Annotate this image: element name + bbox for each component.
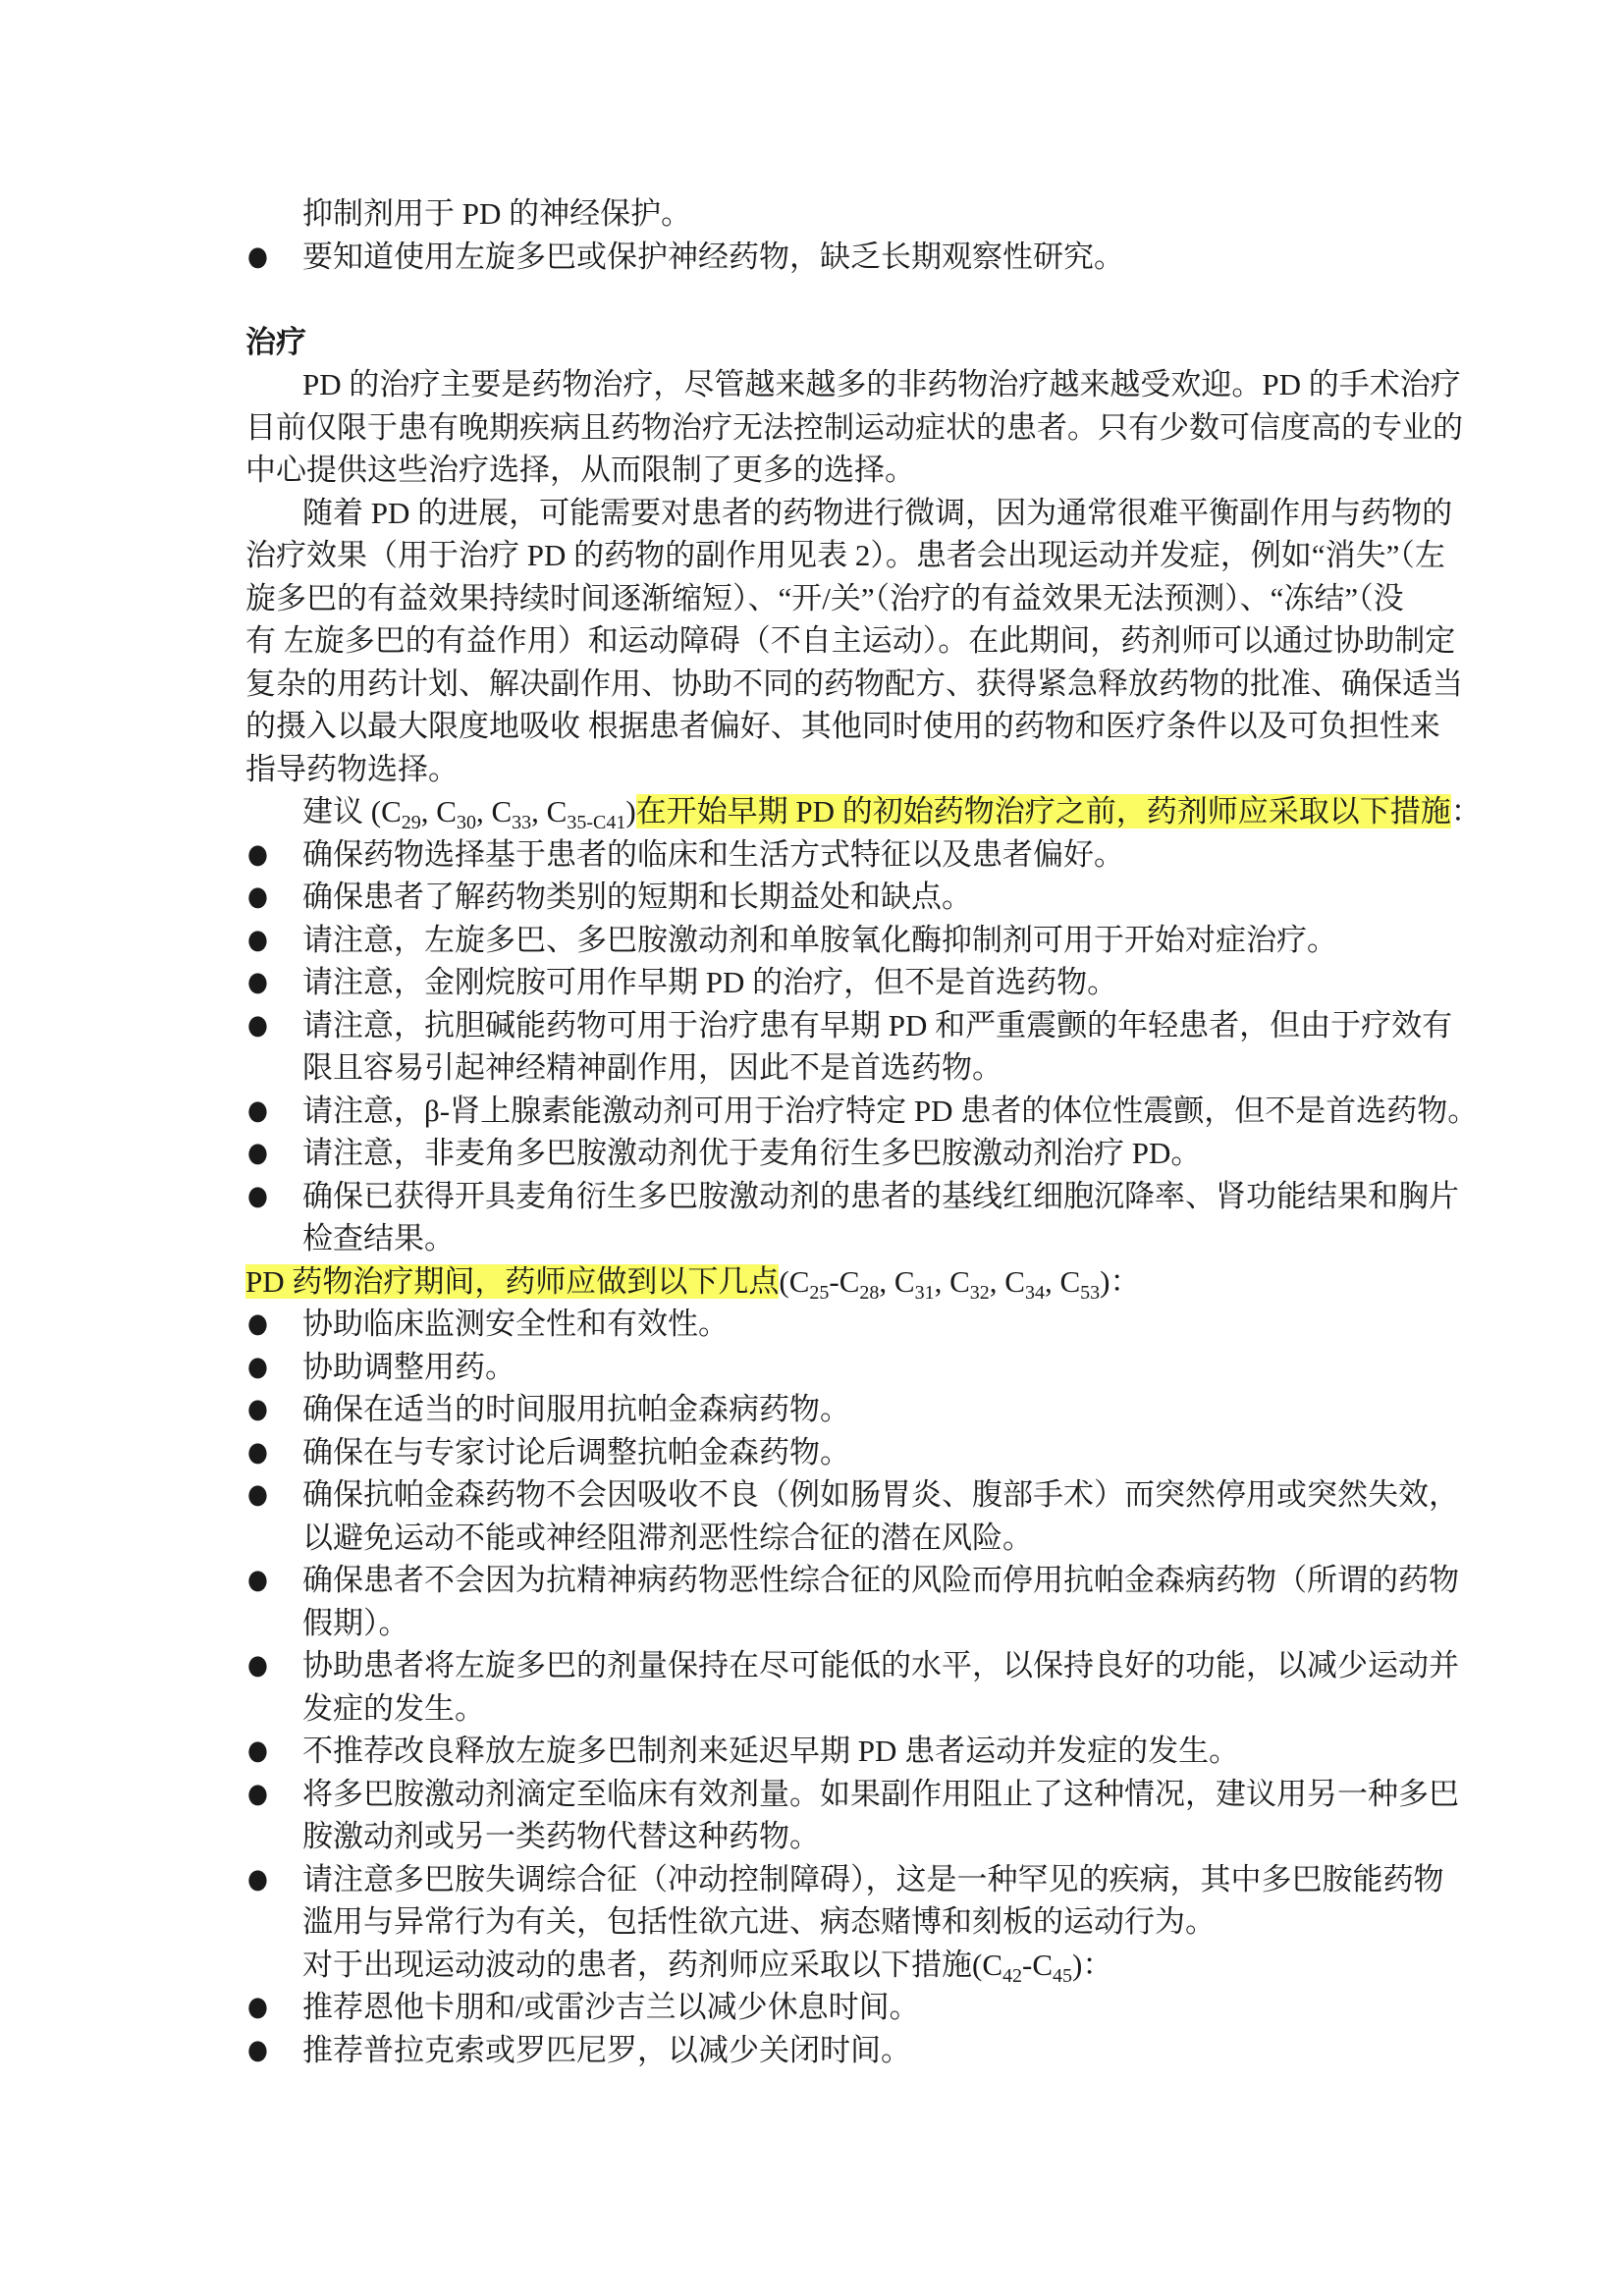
text-segment: 确保患者不会因为抗精神病药物恶性综合征的风险而停用抗帕金森病药物（所谓的药物 [302,1563,1459,1597]
bullet-continuation-line: 假期）。 [245,1602,1512,1645]
text-line: 复杂的用药计划、解决副作用、协助不同的药物配方、获得紧急释放药物的批准、确保适当 [245,663,1512,706]
bullet-icon: ● [247,873,268,922]
bullet-icon: ● [247,1641,268,1690]
text-segment: , C [935,1264,970,1299]
text-segment: 请注意多巴胺失调综合征（冲动控制障碍），这是一种罕见的疾病，其中多巴胺能药物 [302,1862,1444,1896]
bullet-continuation-line: 胺激动剂或另一类药物代替这种药物。 [245,1815,1512,1858]
bullet-continuation-line: 发症的发生。 [245,1687,1512,1731]
bullet-icon: ● [247,1129,268,1178]
paragraph-first-line: 建议 (C29, C30, C33, C35-C41)在开始早期 PD 的初始药… [245,790,1512,833]
bullet-item: ●协助临床监测安全性和有效性。 [245,1303,1512,1346]
subscript-reference: 28 [859,1282,879,1304]
text-line: 旋多巴的有益效果持续时间逐渐缩短）、“开/关”（治疗的有益效果无法预测）、“冻结… [245,577,1512,620]
bullet-item: ●推荐普拉克索或罗匹尼罗，以减少关闭时间。 [245,2029,1512,2072]
section-heading: 治疗 [245,321,1512,364]
text-segment: 胺激动剂或另一类药物代替这种药物。 [302,1819,820,1853]
text-segment: 限且容易引起神经精神副作用，因此不是首选药物。 [302,1050,1002,1085]
text-segment: 请注意，金刚烷胺可用作早期 PD 的治疗，但不是首选药物。 [302,965,1117,999]
text-line: PD 药物治疗期间，药师应做到以下几点(C25-C28, C31, C32, C… [245,1260,1512,1304]
subscript-reference: 33 [512,812,531,833]
bullet-icon: ● [247,1385,268,1434]
bullet-icon: ● [247,1983,268,2032]
text-segment: 请注意，非麦角多巴胺激动剂优于麦角衍生多巴胺激动剂治疗 PD。 [302,1136,1201,1170]
text-line: 治疗效果（用于治疗 PD 的药物的副作用见表 2）。患者会出现运动并发症，例如“… [245,534,1512,577]
bullet-item: ●请注意，左旋多巴、多巴胺激动剂和单胺氧化酶抑制剂可用于开始对症治疗。 [245,919,1512,962]
bullet-icon: ● [247,1727,268,1776]
text-segment: , C [421,794,457,828]
text-segment: 要知道使用左旋多巴或保护神经药物，缺乏长期观察性研究。 [302,240,1124,274]
bullet-item: ●确保患者了解药物类别的短期和长期益处和缺点。 [245,876,1512,919]
bullet-item: ●将多巴胺激动剂滴定至临床有效剂量。如果副作用阻止了这种情况，建议用另一种多巴 [245,1773,1512,1816]
bullet-icon: ● [247,1300,268,1349]
subscript-reference: 30 [457,812,476,833]
text-segment: 检查结果。 [302,1221,455,1255]
subscript-reference: 42 [1002,1965,1022,1987]
text-segment: 目前仅限于患有晚期疾病且药物治疗无法控制运动症状的患者。只有少数可信度高的专业的 [245,410,1463,445]
subscript-reference: 25 [809,1282,829,1304]
text-segment: 随着 PD 的进展，可能需要对患者的药物进行微调，因为通常很难平衡副作用与药物的 [302,496,1452,530]
paragraph-first-line: 对于出现运动波动的患者，药剂师应采取以下措施(C42-C45)： [245,1944,1512,1987]
subscript-reference: 35-C41 [567,812,625,833]
bullet-item: ●不推荐改良释放左旋多巴制剂来延迟早期 PD 患者运动并发症的发生。 [245,1730,1512,1773]
bullet-item: ●请注意多巴胺失调综合征（冲动控制障碍），这是一种罕见的疾病，其中多巴胺能药物 [245,1858,1512,1901]
text-segment: 协助患者将左旋多巴的剂量保持在尽可能低的水平，以保持良好的功能，以减少运动并 [302,1648,1459,1682]
document-body: 抑制剂用于 PD 的神经保护。●要知道使用左旋多巴或保护神经药物，缺乏长期观察性… [245,192,1512,2071]
text-segment: 确保抗帕金森药物不会因吸收不良（例如肠胃炎、腹部手术）而突然停用或突然失效， [302,1477,1459,1512]
bullet-item: ●协助调整用药。 [245,1346,1512,1389]
text-segment: 滥用与异常行为有关，包括性欲亢进、病态赌博和刻板的运动行为。 [302,1904,1216,1939]
text-segment: 对于出现运动波动的患者，药剂师应采取以下措施(C [302,1948,1002,1982]
bullet-item: ●确保在适当的时间服用抗帕金森病药物。 [245,1388,1512,1431]
text-line: 指导药物选择。 [245,748,1512,791]
subscript-reference: 34 [1025,1282,1045,1304]
subscript-reference: 29 [402,812,421,833]
bullet-item: ●请注意，抗胆碱能药物可用于治疗患有早期 PD 和严重震颤的年轻患者，但由于疗效… [245,1004,1512,1047]
bullet-continuation-line: 检查结果。 [245,1217,1512,1260]
text-segment: 以避免运动不能或神经阻滞剂恶性综合征的潜在风险。 [302,1521,1033,1555]
text-segment: 不推荐改良释放左旋多巴制剂来延迟早期 PD 患者运动并发症的发生。 [302,1734,1239,1768]
highlighted-text: 在开始早期 PD 的初始药物治疗之前，药剂师应采取以下措施 [636,794,1451,828]
text-segment: 治疗效果（用于治疗 PD 的药物的副作用见表 2）。患者会出现运动并发症，例如“… [245,538,1445,572]
text-segment: 的摄入以最大限度地吸收 根据患者偏好、其他同时使用的药物和医疗条件以及可负担性来 [245,709,1440,743]
subscript-reference: 45 [1053,1965,1072,1987]
highlighted-text: PD 药物治疗期间，药师应做到以下几点 [245,1264,779,1299]
bullet-icon: ● [247,1470,268,1520]
text-segment: 请注意，β-肾上腺素能激动剂可用于治疗特定 PD 患者的体位性震颤，但不是首选药… [302,1094,1478,1128]
blank-line [245,278,1512,321]
paragraph-first-line: PD 的治疗主要是药物治疗，尽管越来越多的非药物治疗越来越受欢迎。PD 的手术治… [245,363,1512,406]
bullet-item: ●确保已获得开具麦角衍生多巴胺激动剂的患者的基线红细胞沉降率、肾功能结果和胸片 [245,1175,1512,1218]
text-segment: 确保药物选择基于患者的临床和生活方式特征以及患者偏好。 [302,837,1124,872]
text-segment: , C [531,794,567,828]
bullet-icon: ● [247,232,268,281]
text-segment: ) [625,794,635,828]
document-page: 抑制剂用于 PD 的神经保护。●要知道使用左旋多巴或保护神经药物，缺乏长期观察性… [0,0,1624,2296]
text-segment: 建议 (C [302,794,402,828]
text-segment: 复杂的用药计划、解决副作用、协助不同的药物配方、获得紧急释放药物的批准、确保适当 [245,667,1463,701]
text-line: 中心提供这些治疗选择，从而限制了更多的选择。 [245,449,1512,492]
text-segment: 中心提供这些治疗选择，从而限制了更多的选择。 [245,453,915,487]
text-segment: , C [476,794,512,828]
bullet-item: ●确保在与专家讨论后调整抗帕金森药物。 [245,1431,1512,1474]
bullet-icon: ● [247,1854,268,1903]
text-segment: , C [879,1264,914,1299]
bullet-item: ●请注意，金刚烷胺可用作早期 PD 的治疗，但不是首选药物。 [245,961,1512,1004]
bullet-continuation-line: 滥用与异常行为有关，包括性欲亢进、病态赌博和刻板的运动行为。 [245,1900,1512,1944]
text-segment: 有 左旋多巴的有益作用）和运动障碍（不自主运动）。在此期间，药剂师可以通过协助制… [245,623,1455,658]
text-segment: PD 的治疗主要是药物治疗，尽管越来越多的非药物治疗越来越受欢迎。PD 的手术治… [302,367,1461,401]
bullet-icon: ● [247,958,268,1007]
bullet-item: ●确保药物选择基于患者的临床和生活方式特征以及患者偏好。 [245,833,1512,877]
bullet-icon: ● [247,2025,268,2074]
bullet-continuation-line: 抑制剂用于 PD 的神经保护。 [245,192,1512,236]
text-segment: , C [1045,1264,1080,1299]
text-segment: 推荐恩他卡朋和/或雷沙吉兰以减少休息时间。 [302,1990,920,2024]
bullet-icon: ● [247,1769,268,1818]
text-segment: -C [829,1264,859,1299]
text-segment: -C [1022,1948,1053,1982]
text-line: 的摄入以最大限度地吸收 根据患者偏好、其他同时使用的药物和医疗条件以及可负担性来 [245,705,1512,748]
text-segment: 推荐普拉克索或罗匹尼罗，以减少关闭时间。 [302,2033,911,2067]
bullet-icon: ● [247,1171,268,1220]
text-segment: 协助临床监测安全性和有效性。 [302,1307,729,1341]
bullet-item: ●请注意，β-肾上腺素能激动剂可用于治疗特定 PD 患者的体位性震颤，但不是首选… [245,1090,1512,1133]
text-segment: )： [1100,1264,1140,1299]
text-segment: 将多巴胺激动剂滴定至临床有效剂量。如果副作用阻止了这种情况，建议用另一种多巴 [302,1777,1459,1811]
bullet-item: ●请注意，非麦角多巴胺激动剂优于麦角衍生多巴胺激动剂治疗 PD。 [245,1132,1512,1175]
text-segment: ： [1451,794,1482,828]
bullet-continuation-line: 限且容易引起神经精神副作用，因此不是首选药物。 [245,1046,1512,1090]
text-segment: 旋多巴的有益效果持续时间逐渐缩短）、“开/关”（治疗的有益效果无法预测）、“冻结… [245,581,1404,615]
bullet-continuation-line: 以避免运动不能或神经阻滞剂恶性综合征的潜在风险。 [245,1517,1512,1560]
text-segment: , C [990,1264,1025,1299]
subscript-reference: 32 [970,1282,990,1304]
subscript-reference: 53 [1080,1282,1100,1304]
paragraph-first-line: 随着 PD 的进展，可能需要对患者的药物进行微调，因为通常很难平衡副作用与药物的 [245,492,1512,535]
bullet-item: ●要知道使用左旋多巴或保护神经药物，缺乏长期观察性研究。 [245,236,1512,279]
text-segment: (C [779,1264,809,1299]
subscript-reference: 31 [915,1282,935,1304]
text-segment: 确保患者了解药物类别的短期和长期益处和缺点。 [302,880,972,914]
bullet-item: ●确保患者不会因为抗精神病药物恶性综合征的风险而停用抗帕金森病药物（所谓的药物 [245,1559,1512,1602]
text-segment: 假期）。 [302,1606,409,1640]
bullet-item: ●协助患者将左旋多巴的剂量保持在尽可能低的水平，以保持良好的功能，以减少运动并 [245,1644,1512,1687]
text-segment: 治疗 [245,325,306,359]
text-segment: 协助调整用药。 [302,1350,515,1384]
text-segment: )： [1072,1948,1112,1982]
text-segment: 确保在与专家讨论后调整抗帕金森药物。 [302,1435,850,1469]
bullet-icon: ● [247,1556,268,1605]
text-segment: 指导药物选择。 [245,752,459,786]
text-line: 有 左旋多巴的有益作用）和运动障碍（不自主运动）。在此期间，药剂师可以通过协助制… [245,619,1512,663]
text-segment: 请注意，抗胆碱能药物可用于治疗患有早期 PD 和严重震颤的年轻患者，但由于疗效有 [302,1008,1452,1042]
text-segment: 发症的发生。 [302,1691,485,1726]
bullet-item: ●推荐恩他卡朋和/或雷沙吉兰以减少休息时间。 [245,1986,1512,2029]
text-segment: 请注意，左旋多巴、多巴胺激动剂和单胺氧化酶抑制剂可用于开始对症治疗。 [302,923,1337,957]
bullet-icon: ● [247,1000,268,1049]
text-segment: 确保已获得开具麦角衍生多巴胺激动剂的患者的基线红细胞沉降率、肾功能结果和胸片 [302,1179,1459,1213]
text-segment: 确保在适当的时间服用抗帕金森病药物。 [302,1392,850,1426]
text-segment: 抑制剂用于 PD 的神经保护。 [302,196,691,231]
bullet-item: ●确保抗帕金森药物不会因吸收不良（例如肠胃炎、腹部手术）而突然停用或突然失效， [245,1473,1512,1517]
text-line: 目前仅限于患有晚期疾病且药物治疗无法控制运动症状的患者。只有少数可信度高的专业的 [245,406,1512,450]
